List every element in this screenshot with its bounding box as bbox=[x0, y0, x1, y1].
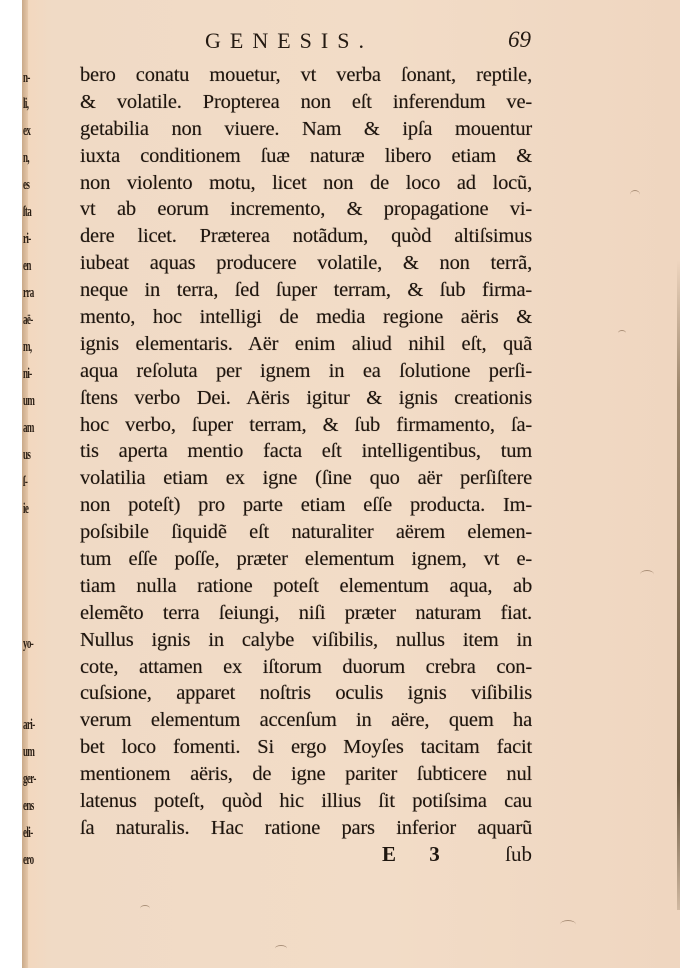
text-line: neque in terra, ſed ſuper terram, & ſub … bbox=[80, 277, 532, 304]
margin-fragment: um bbox=[23, 744, 34, 761]
text-line: ſtens verbo Dei. Aëris igitur & ignis cr… bbox=[80, 385, 532, 412]
margin-fragment: ie bbox=[23, 501, 28, 518]
paper-fiber bbox=[618, 330, 626, 336]
text-line: iubeat aquas producere volatile, & non t… bbox=[80, 250, 532, 277]
text-line: poſsibile ſiquidẽ eſt naturaliter aërem … bbox=[80, 519, 532, 546]
text-line: bero conatu mouetur, vt verba ſonant, re… bbox=[80, 62, 532, 89]
margin-fragment: um bbox=[23, 393, 34, 410]
text-line: non poteſt) pro parte etiam eſſe product… bbox=[80, 492, 532, 519]
text-line: vt ab eorum incremento, & propagatione v… bbox=[80, 196, 532, 223]
text-line: non violento motu, licet non de loco ad … bbox=[80, 170, 532, 197]
margin-fragment: li, bbox=[23, 96, 28, 113]
margin-fragment: eli- bbox=[23, 825, 33, 842]
margin-fragment: us bbox=[23, 447, 30, 464]
signature-mark: E 3 bbox=[382, 842, 454, 867]
page-number: 69 bbox=[508, 27, 531, 53]
text-column: bero conatu mouetur, vt verba ſonant, re… bbox=[80, 62, 532, 842]
margin-fragment: ens bbox=[23, 798, 34, 815]
text-line: cote, attamen ex iſtorum duorum crebra c… bbox=[80, 654, 532, 681]
margin-fragment: m, bbox=[23, 339, 32, 356]
margin-fragment: ex bbox=[23, 123, 30, 140]
margin-fragment: aë- bbox=[23, 312, 33, 329]
text-line: iuxta conditionem ſuæ naturæ libero etia… bbox=[80, 143, 532, 170]
paper-fiber bbox=[140, 905, 150, 912]
running-head: GENESIS. bbox=[205, 28, 373, 54]
margin-fragment: n, bbox=[23, 150, 29, 167]
text-line: & volatile. Propterea non eſt inferendum… bbox=[80, 89, 532, 116]
text-line: cuſsione, apparet noſtris oculis ignis v… bbox=[80, 680, 532, 707]
margin-fragment: ſ- bbox=[23, 474, 27, 491]
signature-line: E 3 ſub bbox=[80, 842, 532, 870]
paper-fiber bbox=[560, 920, 576, 929]
margin-fragment: ri- bbox=[23, 231, 31, 248]
margin-fragment: ſta bbox=[23, 204, 31, 221]
text-line: dere licet. Præterea notãdum, quòd altiſ… bbox=[80, 223, 532, 250]
text-line: tiam nulla ratione poteſt elementum aqua… bbox=[80, 573, 532, 600]
margin-fragment: ni- bbox=[23, 366, 32, 383]
text-line: volatilia etiam ex igne (ſine quo aër pe… bbox=[80, 465, 532, 492]
paper-fiber bbox=[275, 945, 287, 952]
paper-fiber bbox=[640, 570, 654, 579]
margin-fragment: am bbox=[23, 420, 34, 437]
text-line: verum elementum accenſum in aëre, quem h… bbox=[80, 707, 532, 734]
text-line: tis aperta mentio facta eſt intelligenti… bbox=[80, 438, 532, 465]
text-line: getabilia non viuere. Nam & ipſa mouentu… bbox=[80, 116, 532, 143]
margin-fragment: es bbox=[23, 177, 29, 194]
text-line: ignis elementaris. Aër enim aliud nihil … bbox=[80, 331, 532, 358]
paper-fiber bbox=[630, 190, 640, 199]
text-line: bet loco fomenti. Si ergo Moyſes tacitam… bbox=[80, 734, 532, 761]
text-line: ſa naturalis. Hac ratione pars inferior … bbox=[80, 815, 532, 842]
margin-fragment: yo- bbox=[23, 636, 33, 653]
margin-fragment: rra bbox=[23, 285, 34, 302]
text-line: elemẽto terra ſeiungi, niſi præter natur… bbox=[80, 600, 532, 627]
margin-fragment: ari- bbox=[23, 717, 35, 734]
margin-fragment: ero bbox=[23, 852, 34, 869]
catchword: ſub bbox=[505, 842, 532, 867]
text-line: aqua reſoluta per ignem in ea ſolutione … bbox=[80, 358, 532, 385]
margin-fragment: ger- bbox=[23, 771, 36, 788]
text-line: mento, hoc intelligi de media regione aë… bbox=[80, 304, 532, 331]
margin-fragment: n- bbox=[23, 70, 30, 87]
text-line: hoc verbo, ſuper terram, & ſub firmament… bbox=[80, 412, 532, 439]
margin-fragment: en bbox=[23, 258, 31, 275]
text-line: latenus poteſt, quòd hic illius ſit poti… bbox=[80, 788, 532, 815]
text-line: tum eſſe poſſe, præter elementum ignem, … bbox=[80, 546, 532, 573]
text-line: Nullus ignis in calybe viſibilis, nullus… bbox=[80, 627, 532, 654]
text-line: mentionem aëris, de igne pariter ſubtice… bbox=[80, 761, 532, 788]
facing-page-fragments: n- li, ex n, es ſta ri- en rra aë- m, ni… bbox=[23, 0, 43, 968]
